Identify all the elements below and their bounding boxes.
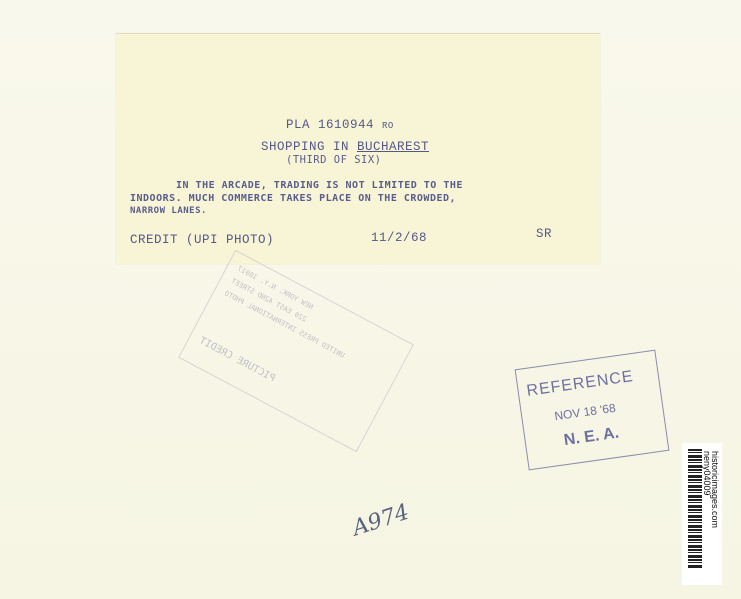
barcode-id: neny04009 xyxy=(702,451,712,496)
barcode-label: historicimages.com neny04009 xyxy=(682,443,722,585)
credit-line: CREDIT (UPI PHOTO) xyxy=(130,233,274,247)
reference-stamp-org: N. E. A. xyxy=(563,425,620,451)
reference-stamp-title: REFERENCE xyxy=(526,368,635,401)
handwritten-number: A974 xyxy=(350,500,413,542)
caption-subtitle: (THIRD OF SIX) xyxy=(286,154,382,166)
caption-slip: PLA 1610944 RO SHOPPING IN BUCHAREST (TH… xyxy=(116,33,600,264)
reference-number: PLA 1610944 RO xyxy=(286,118,394,132)
caption-body-line: INDOORS. MUCH COMMERCE TAKES PLACE ON TH… xyxy=(130,193,456,204)
photo-back: PLA 1610944 RO SHOPPING IN BUCHAREST (TH… xyxy=(0,0,741,599)
caption-date: 11/2/68 xyxy=(371,231,427,245)
barcode xyxy=(688,449,702,569)
stamp-line: PICTURE CREDIT xyxy=(197,335,277,384)
bleed-through-credit-stamp: NEW YORK, N.Y. 10017 220 EAST 42ND STREE… xyxy=(178,250,414,453)
stamp-line: UNITED PRESS INTERNATIONAL PHOTO xyxy=(223,289,346,359)
caption-body-line: NARROW LANES. xyxy=(130,206,207,216)
reference-stamp-date: NOV 18 '68 xyxy=(554,401,617,423)
caption-initials: SR xyxy=(536,227,552,241)
caption-title: SHOPPING IN BUCHAREST xyxy=(261,140,429,154)
reference-stamp: REFERENCE NOV 18 '68 N. E. A. xyxy=(515,350,670,471)
caption-body-line: IN THE ARCADE, TRADING IS NOT LIMITED TO… xyxy=(176,180,463,191)
